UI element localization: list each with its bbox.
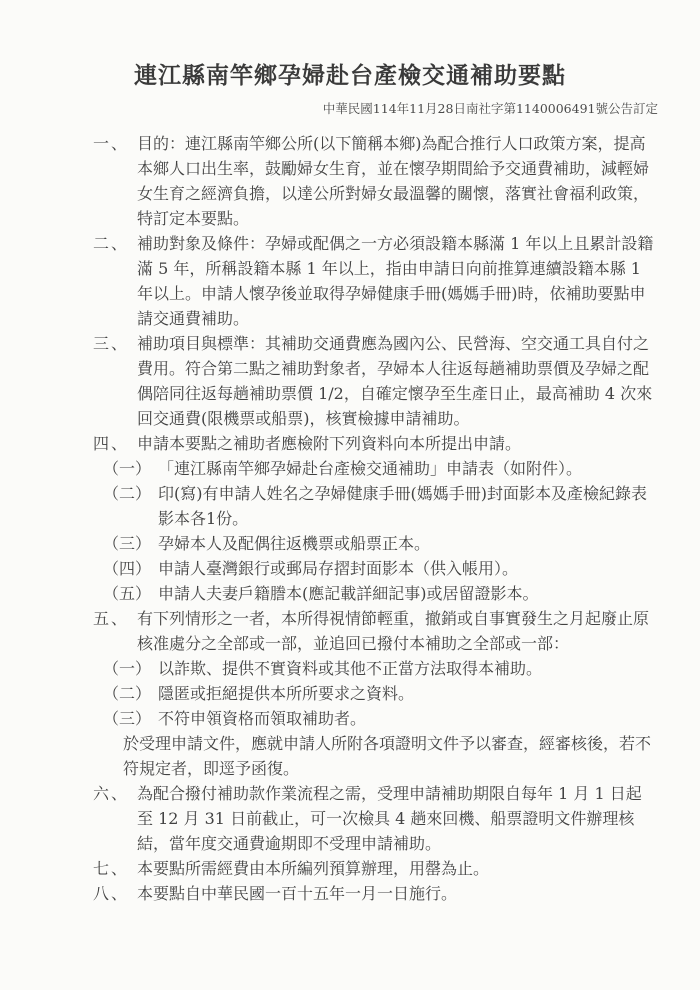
section-number: 三、 <box>93 331 137 356</box>
subitem-text: 以詐欺、提供不實資料或其他不正當方法取得本補助。 <box>158 659 542 678</box>
subitem-label: （一） <box>103 656 158 681</box>
subitem-text: 印(寫)有申請人姓名之孕婦健康手冊(媽媽手冊)封面影本及產檢紀錄表影本各1份。 <box>158 484 647 528</box>
section-number: 六、 <box>93 781 137 806</box>
subitem-paragraph: （一）以詐欺、提供不實資料或其他不正當方法取得本補助。 <box>93 656 656 681</box>
section-number: 二、 <box>93 231 137 256</box>
section-paragraph: 六、為配合撥付補助款作業流程之需，受理申請補助期限自每年 1 月 1 日起至 1… <box>93 781 656 856</box>
section-text: 補助對象及條件：孕婦或配偶之一方必須設籍本縣滿 1 年以上且累計設籍滿 5 年，… <box>137 234 653 328</box>
subitem-label: （一） <box>103 456 158 481</box>
subitem-label: （三） <box>103 706 158 731</box>
document-page: 連江縣南竿鄉孕婦赴台產檢交通補助要點 中華民國114年11月28日南社字第114… <box>0 0 700 990</box>
section-paragraph: 二、補助對象及條件：孕婦或配偶之一方必須設籍本縣滿 1 年以上且累計設籍滿 5 … <box>93 231 656 331</box>
subitem-label: （二） <box>103 481 158 506</box>
document-body: 一、目的：連江縣南竿鄉公所(以下簡稱本鄉)為配合推行人口政策方案，提高本鄉人口出… <box>93 131 656 906</box>
section-number: 五、 <box>93 606 137 631</box>
subitem-label: （四） <box>103 556 158 581</box>
subitem-paragraph: （三）孕婦本人及配偶往返機票或船票正本。 <box>93 531 656 556</box>
section-text: 有下列情形之一者，本所得視情節輕重，撤銷或自事實發生之月起廢止原核准處分之全部或… <box>137 609 649 653</box>
section-paragraph: 七、本要點所需經費由本所編列預算辦理，用罄為止。 <box>93 856 656 881</box>
section-paragraph: 四、申請本要點之補助者應檢附下列資料向本所提出申請。 <box>93 431 656 456</box>
subitem-label: （五） <box>103 581 158 606</box>
subitem-text: 不符申領資格而領取補助者。 <box>158 709 366 728</box>
section-text: 目的：連江縣南竿鄉公所(以下簡稱本鄉)為配合推行人口政策方案，提高本鄉人口出生率… <box>137 134 649 228</box>
subitem-text: 孕婦本人及配偶往返機票或船票正本。 <box>158 534 430 553</box>
section-number: 七、 <box>93 856 137 881</box>
section-number: 四、 <box>93 431 137 456</box>
subitem-paragraph: （二）隱匿或拒絕提供本所所要求之資料。 <box>93 681 656 706</box>
subitem-paragraph: （三）不符申領資格而領取補助者。 <box>93 706 656 731</box>
section-paragraph: 八、本要點自中華民國一百十五年一月一日施行。 <box>93 881 656 906</box>
subitem-text: 申請人夫妻戶籍謄本(應記載詳細記事)或居留證影本。 <box>158 584 539 603</box>
subitem-text: 申請人臺灣銀行或郵局存摺封面影本（供入帳用）。 <box>158 559 518 578</box>
subitem-text: 「連江縣南竿鄉孕婦赴台產檢交通補助」申請表（如附件）。 <box>158 459 582 478</box>
section-text: 本要點所需經費由本所編列預算辦理，用罄為止。 <box>137 859 489 878</box>
section-text: 為配合撥付補助款作業流程之需，受理申請補助期限自每年 1 月 1 日起至 12 … <box>137 784 642 853</box>
subitem-label: （三） <box>103 531 158 556</box>
section-text: 補助項目與標準：其補助交通費應為國內公、民營海、空交通工具自付之費用。符合第二點… <box>137 334 652 428</box>
subitem-label: （二） <box>103 681 158 706</box>
section-number: 一、 <box>93 131 137 156</box>
subitem-paragraph: （一）「連江縣南竿鄉孕婦赴台產檢交通補助」申請表（如附件）。 <box>93 456 656 481</box>
subitem-paragraph: （五）申請人夫妻戶籍謄本(應記載詳細記事)或居留證影本。 <box>93 581 656 606</box>
section-text: 本要點自中華民國一百十五年一月一日施行。 <box>137 884 457 903</box>
section-paragraph: 五、有下列情形之一者，本所得視情節輕重，撤銷或自事實發生之月起廢止原核准處分之全… <box>93 606 656 656</box>
section-number: 八、 <box>93 881 137 906</box>
document-title: 連江縣南竿鄉孕婦赴台產檢交通補助要點 <box>0 0 700 92</box>
subitem-paragraph: （四）申請人臺灣銀行或郵局存摺封面影本（供入帳用）。 <box>93 556 656 581</box>
section-text: 申請本要點之補助者應檢附下列資料向本所提出申請。 <box>137 434 521 453</box>
section-note: 於受理申請文件，應就申請人所附各項證明文件予以審查，經審核後，若不符規定者，即逕… <box>123 731 656 781</box>
section-paragraph: 三、補助項目與標準：其補助交通費應為國內公、民營海、空交通工具自付之費用。符合第… <box>93 331 656 431</box>
subitem-text: 隱匿或拒絕提供本所所要求之資料。 <box>158 684 414 703</box>
subitem-paragraph: （二）印(寫)有申請人姓名之孕婦健康手冊(媽媽手冊)封面影本及產檢紀錄表影本各1… <box>93 481 656 531</box>
section-paragraph: 一、目的：連江縣南竿鄉公所(以下簡稱本鄉)為配合推行人口政策方案，提高本鄉人口出… <box>93 131 656 231</box>
announcement-line: 中華民國114年11月28日南社字第1140006491號公告訂定 <box>0 100 700 117</box>
